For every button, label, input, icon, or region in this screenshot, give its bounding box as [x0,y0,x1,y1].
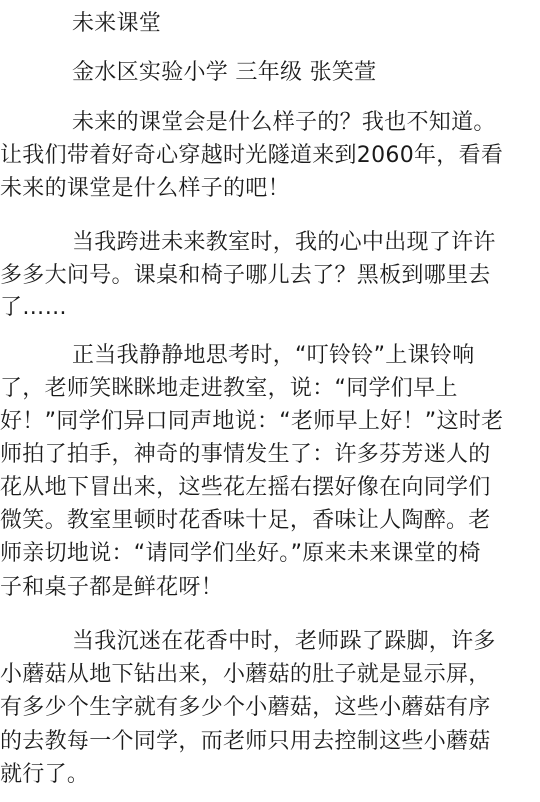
paragraph-line: 微笑。教室里顿时花香味十足，香味让人陶醉。老 [0,504,491,537]
paragraph-line: 未来的课堂是什么样子的吧！ [0,172,290,205]
paragraph-line: 了，老师笑眯眯地走进教室，说：“同学们早上 [0,372,458,405]
paragraph-line: 小蘑菇从地下钻出来，小蘑菇的肚子就是显示屏， [0,658,491,691]
paragraph-line: 多多大问号。课桌和椅子哪儿去了？黑板到哪里去 [0,259,491,292]
paragraph-line: 有多少个生字就有多少个小蘑菇，这些小蘑菇有序 [0,691,491,724]
essay-title: 未来课堂 [72,7,161,40]
paragraph-line: 好！”同学们异口同声地说：“老师早上好！”这时老 [0,405,503,438]
essay-author: 金水区实验小学 三年级 张笑萱 [72,56,377,89]
paragraph-line: 正当我静静地思考时，“叮铃铃”上课铃响 [72,339,475,372]
paragraph-line: 了…… [0,291,67,324]
paragraph-line: 师拍了拍手，神奇的事情发生了：许多芬芳迷人的 [0,438,491,471]
paragraph-line: 子和桌子都是鲜花呀！ [0,571,223,604]
paragraph-line: 师亲切地说：“请同学们坐好。”原来未来课堂的椅 [0,537,481,570]
paragraph-line: 未来的课堂会是什么样子的？我也不知道。 [72,106,496,139]
paragraph-line: 的去教每一个同学，而老师只用去控制这些小蘑菇 [0,725,491,758]
paragraph-line: 花从地下冒出来，这些花左摇右摆好像在向同学们 [0,471,491,504]
paragraph-line: 就行了。 [0,758,89,791]
paragraph-line: 当我沉迷在花香中时，老师跺了跺脚，许多 [72,625,496,658]
paragraph-line: 让我们带着好奇心穿越时光隧道来到2060年，看看 [0,139,503,172]
paragraph-line: 当我跨进未来教室时，我的心中出现了许许 [72,226,496,259]
